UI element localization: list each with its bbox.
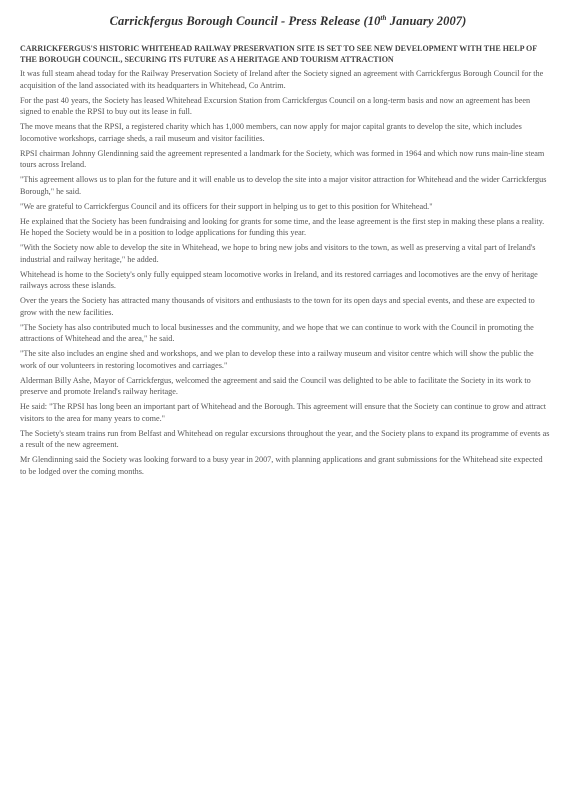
paragraph: "This agreement allows us to plan for th… [20, 174, 550, 197]
paragraph: The move means that the RPSI, a register… [20, 121, 550, 144]
lead-paragraph: Carrickfergus's historic Whitehead railw… [20, 43, 550, 65]
body-text: It was full steam ahead today for the Ra… [20, 68, 550, 477]
paragraph: The Society's steam trains run from Belf… [20, 428, 550, 451]
paragraph: "The Society has also contributed much t… [20, 322, 550, 345]
paragraph: "We are grateful to Carrickfergus Counci… [20, 201, 550, 213]
paragraph: For the past 40 years, the Society has l… [20, 95, 550, 118]
paragraph: He explained that the Society has been f… [20, 216, 550, 239]
paragraph: It was full steam ahead today for the Ra… [20, 68, 550, 91]
press-release-page: Carrickfergus Borough Council - Press Re… [0, 0, 576, 800]
document-title: Carrickfergus Borough Council - Press Re… [26, 14, 550, 29]
paragraph: Over the years the Society has attracted… [20, 295, 550, 318]
paragraph: Alderman Billy Ashe, Mayor of Carrickfer… [20, 375, 550, 398]
paragraph: Mr Glendinning said the Society was look… [20, 454, 550, 477]
paragraph: RPSI chairman Johnny Glendinning said th… [20, 148, 550, 171]
paragraph: Whitehead is home to the Society's only … [20, 269, 550, 292]
paragraph: "With the Society now able to develop th… [20, 242, 550, 265]
title-prefix: Carrickfergus Borough Council - Press Re… [110, 14, 381, 28]
paragraph: He said: "The RPSI has long been an impo… [20, 401, 550, 424]
paragraph: "The site also includes an engine shed a… [20, 348, 550, 371]
title-suffix: January 2007) [387, 14, 467, 28]
